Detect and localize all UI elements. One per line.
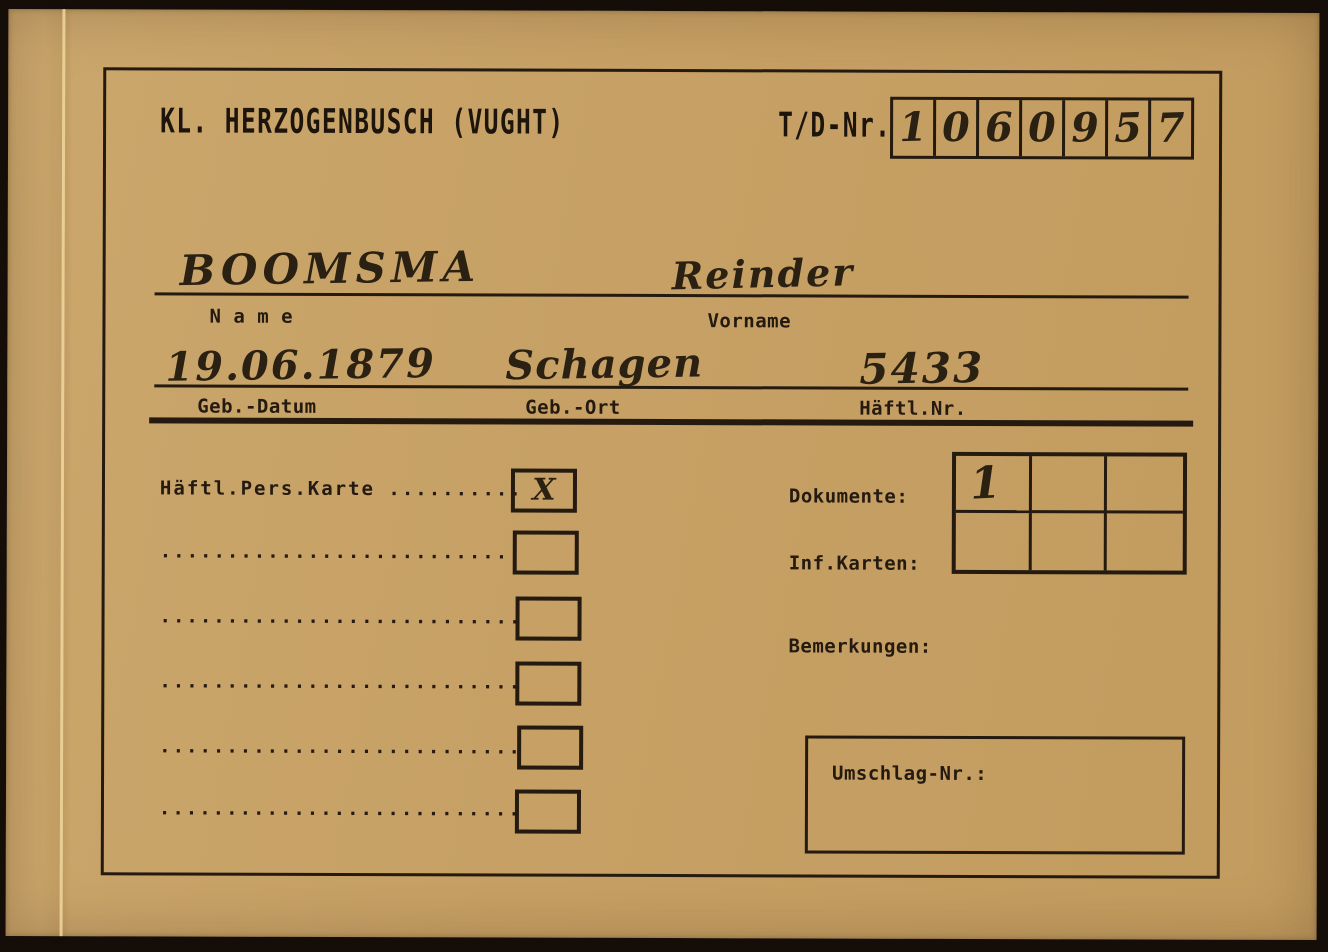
td-digit: 0 — [942, 107, 971, 148]
grid-cell — [1107, 513, 1183, 570]
name-value-handwritten: BOOMSMA — [179, 242, 480, 295]
vorname-label: Vorname — [707, 310, 791, 332]
td-digit-cell: 0 — [933, 100, 976, 156]
dokumente-label: Dokumente: — [789, 485, 908, 507]
checklist-row-label: ........................... — [160, 605, 523, 628]
umschlag-nr-label: Umschlag-Nr.: — [832, 763, 987, 785]
td-digit: 7 — [1157, 108, 1186, 149]
grid-cell — [1031, 513, 1107, 570]
td-digit-cell: 0 — [1019, 100, 1062, 156]
geb-ort-label: Geb.-Ort — [525, 397, 621, 419]
td-digit-cell: 7 — [1148, 101, 1191, 157]
grid-cell — [956, 513, 1032, 570]
td-digit-cell: 5 — [1105, 100, 1148, 156]
td-digit: 6 — [985, 108, 1014, 149]
checkbox-x-mark: X — [532, 476, 555, 506]
umschlag-nr-box: Umschlag-Nr.: — [805, 735, 1185, 854]
td-digit-cell: 6 — [976, 100, 1019, 156]
grid-cell — [1032, 456, 1108, 513]
paper-crease — [60, 9, 66, 936]
td-nr-label: T/D-Nr. — [778, 105, 891, 145]
index-card: KL. HERZOGENBUSCH (VUGHT) T/D-Nr. 1 0 6 … — [6, 9, 1320, 940]
scanned-document: KL. HERZOGENBUSCH (VUGHT) T/D-Nr. 1 0 6 … — [0, 0, 1328, 952]
geb-datum-value-handwritten: 19.06.1879 — [165, 340, 436, 391]
camp-title: KL. HERZOGENBUSCH (VUGHT) — [160, 101, 565, 142]
td-digit: 1 — [899, 107, 928, 148]
checkbox-empty — [515, 790, 581, 834]
name-label: N a m e — [209, 306, 293, 328]
geb-ort-value-handwritten: Schagen — [505, 339, 703, 389]
td-digit-cell: 9 — [1062, 100, 1105, 156]
checklist-row-label: ........................... — [160, 540, 523, 563]
checkbox-empty — [513, 531, 579, 575]
bemerkungen-label: Bemerkungen: — [788, 635, 931, 657]
grid-cell — [1107, 456, 1183, 513]
checklist-row-label: ........................... — [159, 797, 522, 820]
vorname-value-handwritten: Reinder — [671, 249, 855, 298]
checklist-row-label: ........................... — [159, 670, 522, 693]
checkbox-empty — [517, 726, 583, 770]
td-nr-digit-boxes: 1 0 6 0 9 5 7 — [890, 97, 1194, 160]
td-digit: 5 — [1114, 108, 1143, 149]
checklist-row-label: ........................... — [159, 735, 522, 758]
td-digit-cell: 1 — [893, 100, 933, 156]
td-digit: 0 — [1028, 108, 1057, 149]
geb-datum-label: Geb.-Datum — [197, 396, 316, 418]
checkbox-haeftl-pers-karte: X — [511, 469, 577, 513]
inf-karten-label: Inf.Karten: — [789, 552, 920, 574]
documents-count-grid: 1 — [952, 452, 1187, 575]
checklist-row-label: Häftl.Pers.Karte .......... — [160, 477, 523, 500]
grid-cell: 1 — [956, 456, 1032, 513]
td-digit: 9 — [1071, 108, 1100, 149]
checkbox-empty — [515, 597, 581, 641]
dokumente-count-handwritten: 1 — [969, 457, 1002, 509]
haeftl-nr-label: Häftl.Nr. — [859, 398, 967, 420]
checkbox-empty — [515, 662, 581, 706]
